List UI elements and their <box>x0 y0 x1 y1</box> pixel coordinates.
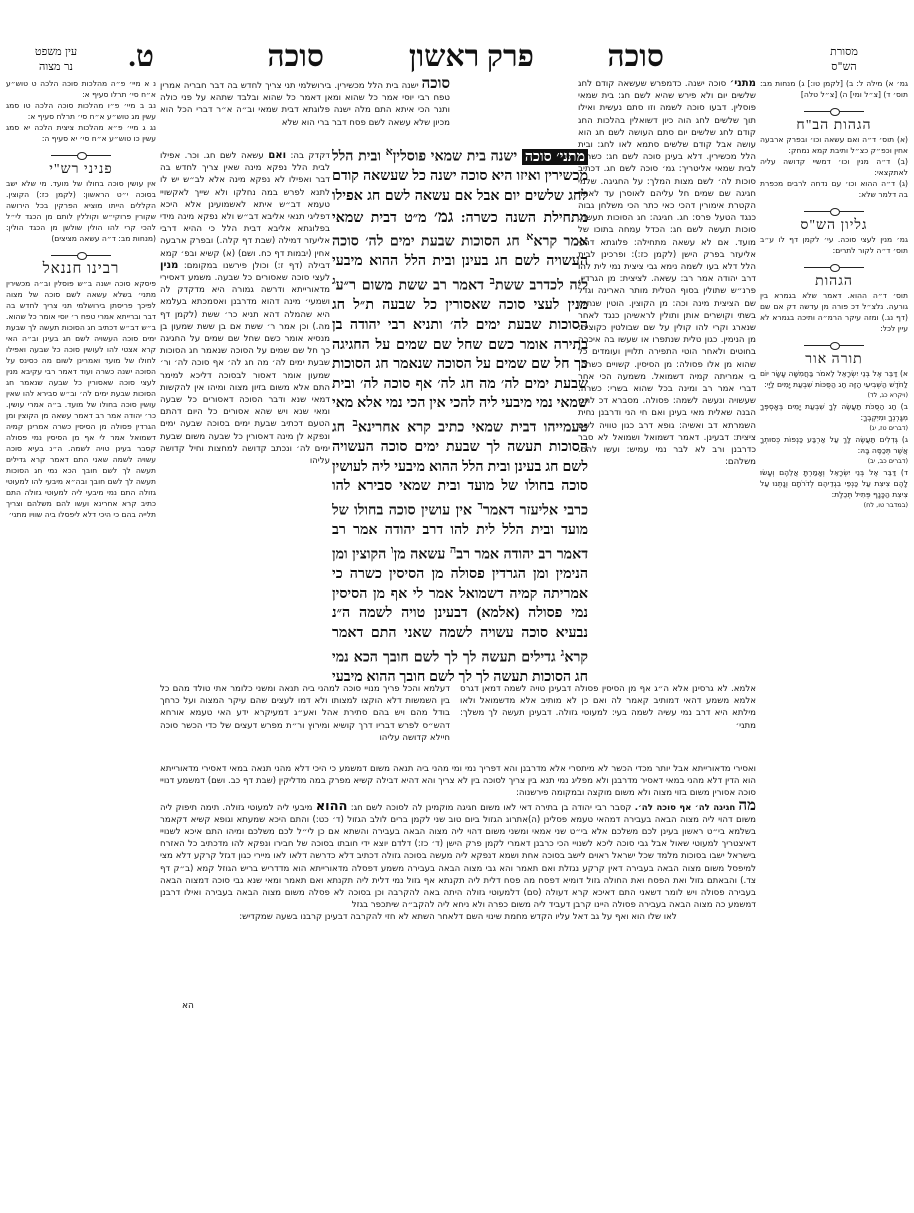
page-header: מסורת הש"ס סוכה פרק ראשון סוכה ט. עין מש… <box>0 40 914 80</box>
torah-or-ref: (דברים טז, יג) <box>760 423 908 434</box>
ornament-divider-icon <box>804 264 864 270</box>
hagahot-habach-entry: (ג) ד״ה ההוא וכו׳ עם נדחה לרבים מכפרת בה… <box>760 178 908 200</box>
gemara-text: דאמר רב ששת משום ר״ע <box>336 278 484 294</box>
torah-or-verse: ג) גְּדִלִים תַּעֲשֶׂה לָּךְ עַל אַרְבַּ… <box>760 434 908 456</box>
rashi-continuation: אלמא. לא גרסינן אלא ה״ג אף מן הסיסין פסו… <box>460 683 756 761</box>
pninei-rashi-text: אין עושין סוכה בחולו של מועד. מי שלא ישב… <box>6 178 156 244</box>
ein-mishpat-entry: נג ג מיי׳ פ״א מהלכות ציצית הלכה יא סמג ע… <box>6 122 156 144</box>
torah-or-title: תורה אור <box>760 354 908 365</box>
tosafot-text: עשאה לשם חג. וכר. אפילו לבית הלל נפקא מי… <box>160 151 330 271</box>
torah-or-ref: (דברים כב, יב) <box>760 456 908 467</box>
ein-mishpat-entry: נב ב מיי׳ פ״ו מהלכות סוכה הלכה טו סמג עש… <box>6 100 156 122</box>
tosafot-text: לעצי סוכה שאסורים כל שבעה. משמע דאסירי מ… <box>160 273 330 466</box>
tosafot-bottom-full: ואסירי מדאורייתא אבל יותר מכדי הכשר לא מ… <box>160 763 756 1003</box>
left-margin: נ א מיי׳ פ״ה מהלכות סוכה הלכה ט טוש״ע א״… <box>6 78 156 683</box>
tractate-name-right: סוכה <box>607 40 664 74</box>
hagahot-title: הגהות <box>760 276 908 287</box>
gemara-label: גמ׳ <box>434 207 453 226</box>
hagahot-habach-entry: (ב) ד״ה מנין וכו׳ דמשיי קדושה עליה לאתקצ… <box>760 156 908 178</box>
label-line: הש"ס <box>814 59 874 74</box>
tosafot-heading: מה <box>739 798 757 814</box>
masoret-hashas-entries: גמ׳ א) מילה ל: ב) [לקמן טו:] ג) מנחות מב… <box>760 78 908 100</box>
ornament-divider-icon <box>51 252 111 258</box>
chapter-name: פרק ראשון <box>409 40 534 74</box>
ein-mishpat-entry: נ א מיי׳ פ״ה מהלכות סוכה הלכה ט טוש״ע א״… <box>6 78 156 100</box>
tosafot-text: מיבעי ליה למעוטי גזולה. תימה תיפוק ליה מ… <box>160 803 756 911</box>
ornament-divider-icon <box>804 342 864 348</box>
tosafot-heading: סוכה <box>422 78 450 92</box>
torah-or-ref: (ויקרא כג, לד) <box>760 390 908 401</box>
tosafot-text: קסבר רבי יהודה בן בתירה דאי לאו משום חגי… <box>351 803 632 813</box>
page-catchword: הא <box>182 1001 194 1011</box>
gemara-text: מנין לעצי סוכה שאסורין כל שבעה ת״ל חג הס… <box>332 297 588 435</box>
rabbenu-chananel-text: פיסקא סוכה ישנה ב״ש פוסלין וב״ה מכשירין … <box>6 278 156 520</box>
pninei-rashi-title: פניני רש"י <box>6 164 156 175</box>
tosafot-dibbur-hamatchil: ואם <box>268 150 286 161</box>
mishnah-first-word: סוכה <box>525 149 552 165</box>
tractate-name-left: סוכה <box>267 40 324 74</box>
right-margin: גמ׳ א) מילה ל: ב) [לקמן טו:] ג) מנחות מב… <box>760 78 908 678</box>
rashi-bottom-text: אלמא. לא גרסינן אלא ה״ג אף מן הסיסין פסו… <box>460 684 756 731</box>
footnote-marker: א <box>386 146 393 158</box>
tosafot-full-text: ואסירי מדאורייתא אבל יותר מכדי הכשר לא מ… <box>160 763 756 800</box>
torah-or-ref: (במדבר טו, לח) <box>760 500 908 511</box>
tosafot-top-text: ישנה בית הלל מכשירין. בירושלמי תני צריך … <box>160 81 450 128</box>
tosafot-continuation: דעלמא והכל פריך מנויי סוכה למהני ביה תנא… <box>160 683 450 761</box>
tosafot-text: דקדק בה: <box>291 151 330 161</box>
gemara-text: גדילים תעשה לך לך לשם חובך הכא נמי חג הס… <box>332 649 588 683</box>
rashi-heading: מתני׳ <box>730 78 756 89</box>
tosafot-top: סוכה ישנה בית הלל מכשירין. בירושלמי תני … <box>160 78 450 150</box>
masoret-hashas-label: מסורת הש"ס <box>814 44 874 74</box>
hagahot-habach-entry: (א) תוס׳ ד״ה ואם עשאה וכו׳ ובפרק ארבעה א… <box>760 134 908 156</box>
rabbenu-chananel-title: רבינו חננאל <box>6 264 156 275</box>
gilyon-hashas-text: גמ׳ מנין לעצי סוכה. עי׳ לקמן דף לו ע״ב ת… <box>760 234 908 256</box>
label-line: מסורת <box>814 44 874 59</box>
torah-or-verse: ב) חַג הַסֻּכֹּת תַּעֲשֶׂה לְךָ שִׁבְעַת… <box>760 401 908 423</box>
ornament-divider-icon <box>51 152 111 158</box>
torah-or-verse: א) דַּבֵּר אֶל בְּנֵי יִשְׂרָאֵל לֵאמֹר … <box>760 368 908 390</box>
hagahot-text: תוס׳ ד״ה ההוא. דאמר שלא בגמרא בין גורעה.… <box>760 290 908 334</box>
gemara-text: ישנה בית שמאי פוסלין <box>393 149 517 165</box>
tosafot-last-line: לאו שלו הוא ואף על גב דאל עליו הקדש מחמת… <box>160 911 756 923</box>
tosafot-bottom-text: דעלמא והכל פריך מנויי סוכה למהני ביה תנא… <box>160 684 450 743</box>
torah-or-verse: ד) דַּבֵּר אֶל בְּנֵי יִשְׂרָאֵל וְאָמַר… <box>760 467 908 500</box>
folio-number: ט. <box>128 40 154 74</box>
gemara-text: הקוצין ומן הנימין ומן הגרדין פסולה מן הס… <box>332 547 588 666</box>
tosafot-column: דקדק בה: ואם עשאה לשם חג. וכר. אפילו לבי… <box>160 150 330 680</box>
label-line: עין משפט <box>16 44 96 59</box>
rashi-text: סוכה ישנה. כדמפרש שעשאה קודם לחג שלשים י… <box>578 79 756 467</box>
tosafot-dibbur-hamatchil: ההוא <box>316 799 348 814</box>
tosafot-dibbur-hamatchil: מנין <box>160 260 178 271</box>
ornament-divider-icon <box>804 108 864 114</box>
gilyon-hashas-title: גליון הש"ס <box>760 220 908 231</box>
mishnah-label-text: מתני׳ <box>556 149 585 165</box>
rashi-column: מתני׳ סוכה ישנה. כדמפרש שעשאה קודם לחג ש… <box>578 78 756 678</box>
ornament-divider-icon <box>804 208 864 214</box>
mishnah-label: מתני׳ סוכה <box>522 149 588 165</box>
tosafot-dibbur-hamatchil: חגיגה לה׳ אף סוכה לה׳. <box>635 803 736 813</box>
gemara-text: עשאה מן <box>394 547 446 563</box>
hagahot-habach-title: הגהות הב"ח <box>760 120 908 131</box>
ein-mishpat-label: עין משפט נר מצוה <box>16 44 96 74</box>
label-line: נר מצוה <box>16 59 96 74</box>
gemara-main-text: מתני׳ סוכה ישנה בית שמאי פוסליןא ובית הל… <box>332 143 588 683</box>
